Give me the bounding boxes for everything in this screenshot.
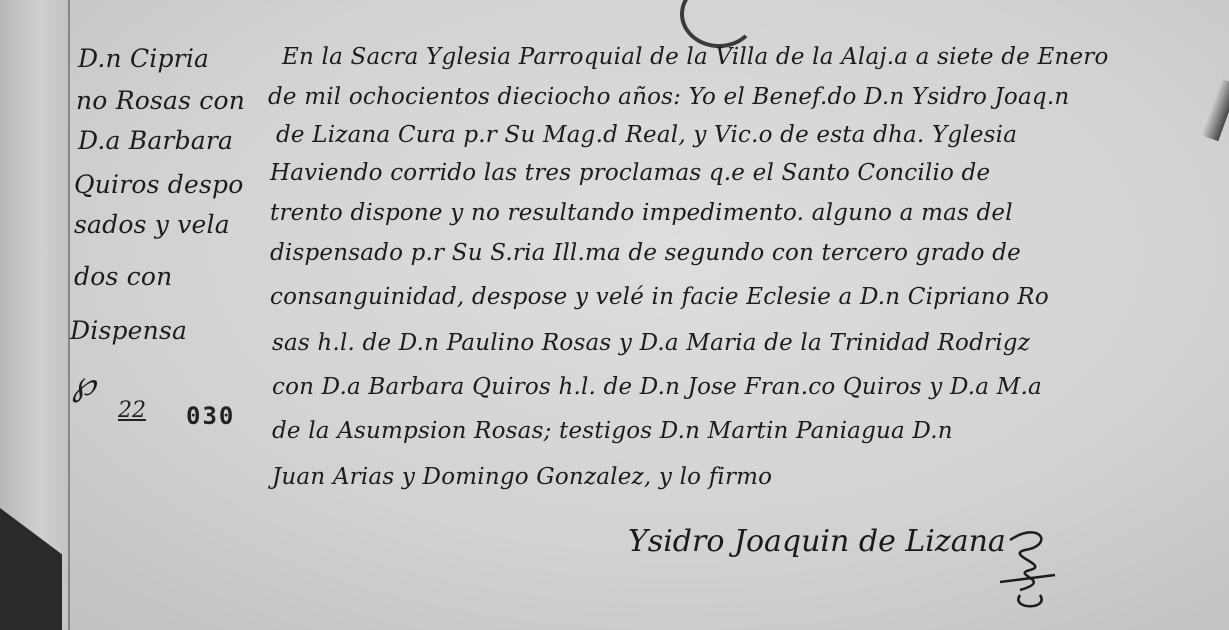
signature: Ysidro Joaquin de Lizana [628, 524, 1006, 559]
page-number: 22 [118, 398, 146, 423]
folio-stamp: 030 [186, 402, 235, 430]
body-line: con D.a Barbara Quiros h.l. de D.n Jose … [272, 374, 1042, 400]
body-line: En la Sacra Yglesia Parroquial de la Vil… [282, 44, 1109, 70]
margin-rule [68, 0, 70, 630]
margin-line: Quiros despo [74, 170, 243, 199]
body-line: dispensado p.r Su S.ria Ill.ma de segund… [270, 240, 1021, 266]
margin-line: D.n Cipria [78, 44, 209, 73]
ink-flourish [680, 0, 758, 48]
document-page: D.n Cipria no Rosas con D.a Barbara Quir… [0, 0, 1229, 630]
margin-line: Dispensa [70, 316, 187, 345]
margin-line: sados y vela [74, 210, 230, 239]
body-line: Juan Arias y Domingo Gonzalez, y lo firm… [272, 464, 772, 490]
margin-line: D.a Barbara [78, 126, 233, 155]
edge-shadow [1201, 79, 1229, 142]
body-line: de mil ochocientos dieciocho años: Yo el… [268, 84, 1069, 110]
body-line: trento dispone y no resultando impedimen… [270, 200, 1013, 226]
body-line: consanguinidad, despose y velé in facie … [270, 284, 1049, 310]
paragraph-mark-icon: ℘ [72, 364, 96, 404]
rubric-flourish-icon [1000, 520, 1060, 610]
margin-line: no Rosas con [76, 86, 245, 115]
body-line: de la Asumpsion Rosas; testigos D.n Mart… [272, 418, 953, 444]
body-line: sas h.l. de D.n Paulino Rosas y D.a Mari… [272, 330, 1030, 356]
margin-line: dos con [74, 262, 172, 291]
body-line: Haviendo corrido las tres proclamas q.e … [270, 160, 990, 186]
body-line: de Lizana Cura p.r Su Mag.d Real, y Vic.… [276, 122, 1017, 148]
